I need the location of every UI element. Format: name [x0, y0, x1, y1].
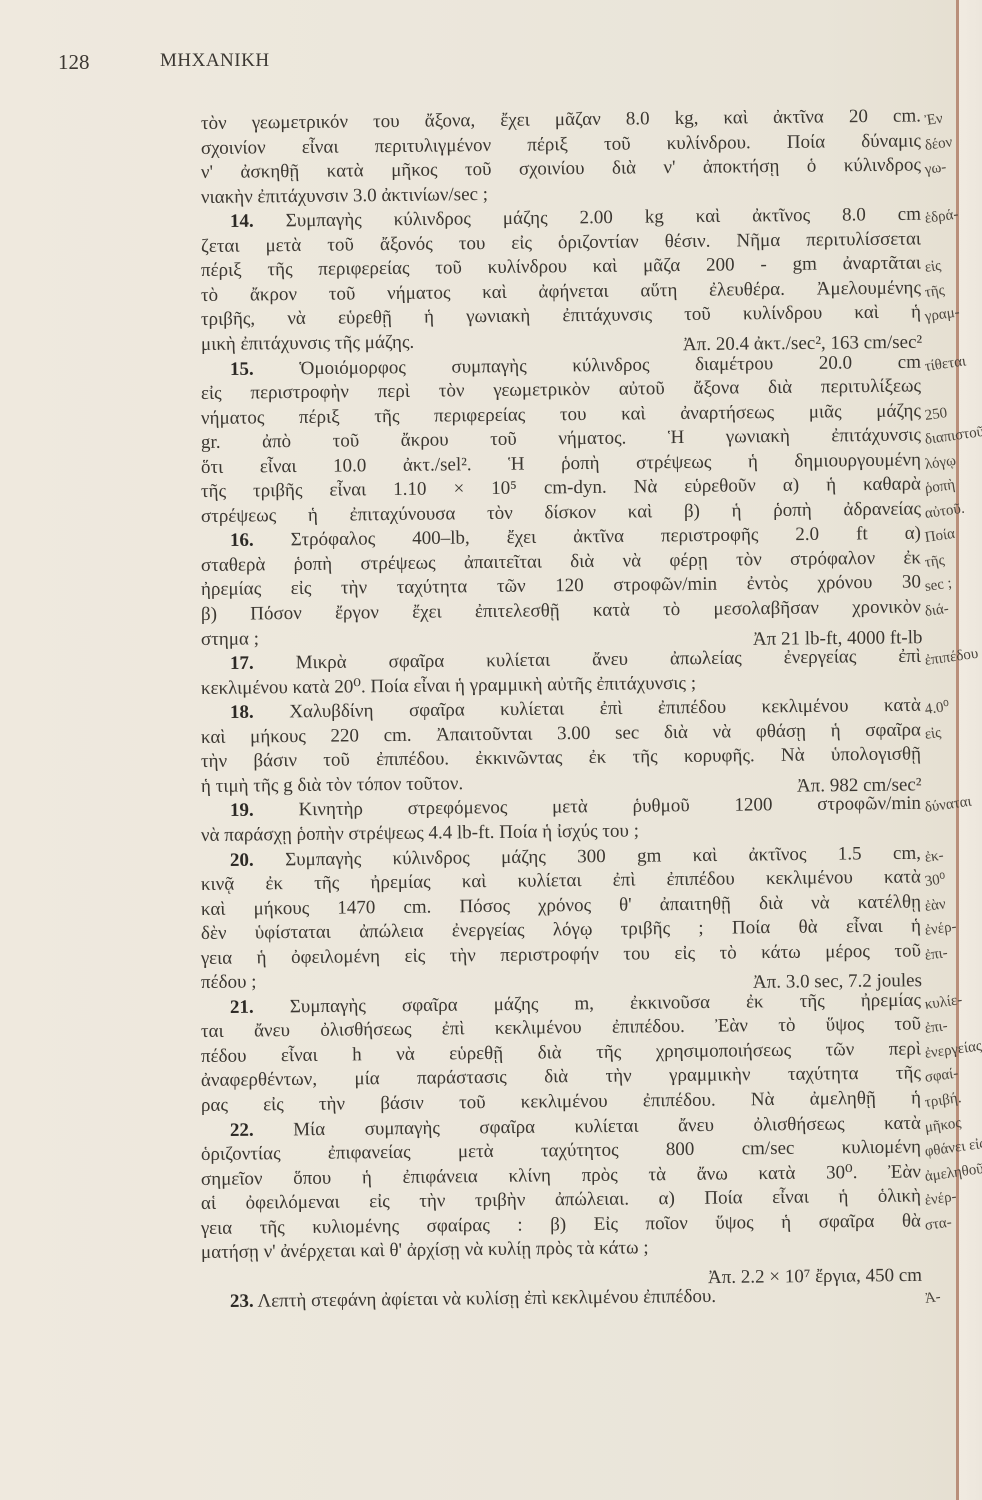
margin-overflow-text: δέον [924, 135, 953, 154]
problem-number: 16. [230, 530, 254, 551]
problem-number: 18. [230, 702, 254, 723]
line-text: Χαλυβδίνη σφαῖρα κυλίεται ἐπὶ ἐπιπέδου κ… [289, 695, 921, 723]
margin-overflow-text: τῆς [924, 283, 946, 301]
line-text: νὰ παράσχῃ ῥοπὴν στρέψεως 4.4 lb-ft. Ποί… [201, 820, 639, 846]
problem-number: 21. [230, 997, 254, 1018]
line-text: ματήσῃ ν' ἀνέρχεται καὶ θ' ἀρχίσῃ νὰ κυλ… [201, 1238, 649, 1264]
margin-overflow-text: 250 [924, 406, 948, 424]
line-text: ἡ τιμὴ τῆς g διὰ τὸν τόπον τοῦτον. [201, 773, 463, 797]
problem-number: 17. [230, 653, 254, 674]
margin-overflow-text: Ἐν [924, 112, 944, 129]
problem-number: 22. [230, 1119, 254, 1140]
problem-number: 14. [230, 211, 254, 232]
line-text: στημα ; [201, 628, 259, 650]
problem-number: 19. [230, 800, 254, 821]
line-text: πέδου ; [201, 972, 257, 994]
margin-overflow-text: ἐκ- [924, 848, 945, 865]
line-text: Μικρὰ σφαῖρα κυλίεται ἄνευ ἀπωλείας ἐνερ… [296, 646, 922, 674]
problem-number: 20. [230, 849, 254, 870]
line-text: Λεπτὴ στεφάνη ἀφίεται νὰ κυλίσῃ ἐπὶ κεκλ… [257, 1286, 716, 1312]
line-text: μικὴ ἐπιτάχυνσις τῆς μάζης. [201, 332, 414, 355]
margin-overflow-text: 30⁰ [924, 872, 947, 890]
page-number: 128 [58, 50, 90, 75]
margin-overflow-text: τῆς [924, 553, 946, 571]
margin-overflow-text: Ἀ- [924, 1290, 942, 1307]
margin-overflow-text: γω- [924, 160, 947, 178]
line-text: νιακὴν ἐπιτάχυνσιν 3.0 ἀκτινίων/sec ; [201, 184, 488, 208]
margin-overflow-text: ἐπι- [924, 946, 949, 964]
line-text: κεκλιμένου κατὰ 20⁰. Ποία εἶναι ἡ γραμμι… [201, 672, 696, 698]
problem-number: 15. [230, 358, 254, 379]
adjacent-page-strip [959, 0, 982, 1500]
margin-overflow-text: ἐὰν [924, 897, 947, 915]
problem-number: 23. [230, 1291, 254, 1312]
margin-overflow-text: εἰς [924, 259, 942, 276]
margin-overflow-text: εἰς [924, 726, 942, 743]
running-title: ΜΗΧΑΝΙΚΗ [160, 50, 270, 72]
